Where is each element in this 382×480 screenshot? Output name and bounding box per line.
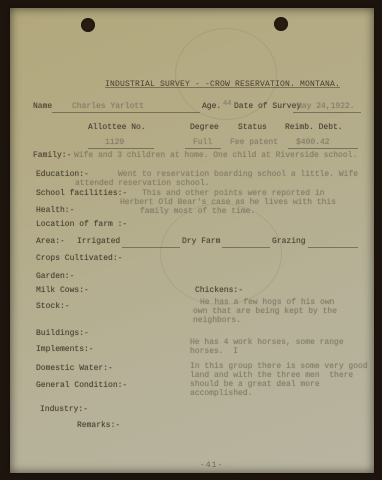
implements-note-line2: horses. I <box>190 347 238 356</box>
industry-label: Industry:- <box>40 405 88 414</box>
family-label: Family:- <box>33 151 71 160</box>
document-title: INDUSTRIAL SURVEY - -CROW RESERVATION. M… <box>105 80 340 89</box>
implements-note-line1: He has 4 work horses, some range <box>190 338 344 347</box>
group-note-line4: accomplished. <box>190 389 252 398</box>
general-condition-label: General Condition:- <box>36 381 127 390</box>
degree-header: Degree <box>190 123 219 132</box>
milk-cows-label: Milk Cows:- <box>36 286 89 295</box>
dry-farm-underline <box>222 246 270 248</box>
allottee-no-underline <box>88 147 154 149</box>
implements-label: Implements:- <box>36 345 94 354</box>
degree-underline <box>185 147 221 149</box>
education-label: Education:- <box>36 170 89 179</box>
grazing-label: Grazing <box>272 237 306 246</box>
punch-hole-left <box>81 18 95 32</box>
date-underline <box>293 111 361 113</box>
page-number: -41- <box>200 461 223 470</box>
group-note-line1: In this group there is some very good <box>190 362 368 371</box>
school-facilities-note-line2: Herbert Old Bear's case as he lives with… <box>120 198 336 207</box>
stock-note-line1: He has a few hogs of his own <box>200 298 334 307</box>
chickens-label: Chickens:- <box>195 286 243 295</box>
allottee-no-value: 1129 <box>105 138 124 147</box>
punch-hole-right <box>274 17 288 31</box>
school-facilities-note-line1: This and other points were reported in <box>142 189 324 198</box>
name-label: Name <box>33 102 52 111</box>
health-label: Health:- <box>36 206 74 215</box>
grazing-underline <box>308 246 358 248</box>
irrigated-underline <box>122 246 180 248</box>
allottee-no-header: Allottee No. <box>88 123 146 132</box>
education-note-line2: attended reservation school. <box>75 179 209 188</box>
dry-farm-label: Dry Farm <box>182 237 220 246</box>
status-value: Fee patent <box>230 138 278 147</box>
domestic-water-label: Domestic Water:- <box>36 364 113 373</box>
age-label: Age. <box>202 102 221 111</box>
irrigated-label: Irrigated <box>77 237 120 246</box>
degree-value: Full <box>193 138 212 147</box>
reimb-debt-header: Reimb. Debt. <box>285 123 343 132</box>
paper-sheet: INDUSTRIAL SURVEY - -CROW RESERVATION. M… <box>10 8 374 473</box>
name-value: Charles Yarlott <box>72 102 144 111</box>
age-value: 44 <box>223 100 231 109</box>
location-of-farm-label: Location of farm :- <box>36 220 127 229</box>
crops-cultivated-label: Crops Cultivated:- <box>36 254 122 263</box>
stock-note-line2: own that are being kept by the <box>193 307 337 316</box>
scanned-document: INDUSTRIAL SURVEY - -CROW RESERVATION. M… <box>0 0 382 480</box>
reimb-debt-underline <box>288 147 358 149</box>
family-value: Wife and 3 children at home. One child a… <box>74 151 357 160</box>
group-note-line2: land and with the three men there <box>190 371 353 380</box>
stock-label: Stock:- <box>36 302 70 311</box>
reimb-debt-value: $400.42 <box>296 138 330 147</box>
school-facilities-note-line3: family most of the time. <box>140 207 255 216</box>
remarks-label: Remarks:- <box>77 421 120 430</box>
school-facilities-label: School facilities:- <box>36 189 127 198</box>
garden-label: Garden:- <box>36 272 74 281</box>
status-header: Status <box>238 123 267 132</box>
stock-note-line3: neighbors. <box>193 316 241 325</box>
education-note-line1: Went to reservation boarding school a li… <box>118 170 358 179</box>
area-label: Area:- <box>36 237 65 246</box>
date-of-survey-label: Date of Survey <box>234 102 301 111</box>
group-note-line3: should be a great deal more <box>190 380 320 389</box>
buildings-label: Buildings:- <box>36 329 89 338</box>
name-underline <box>52 111 200 113</box>
date-of-survey-value: May 24,1922. <box>297 102 355 111</box>
